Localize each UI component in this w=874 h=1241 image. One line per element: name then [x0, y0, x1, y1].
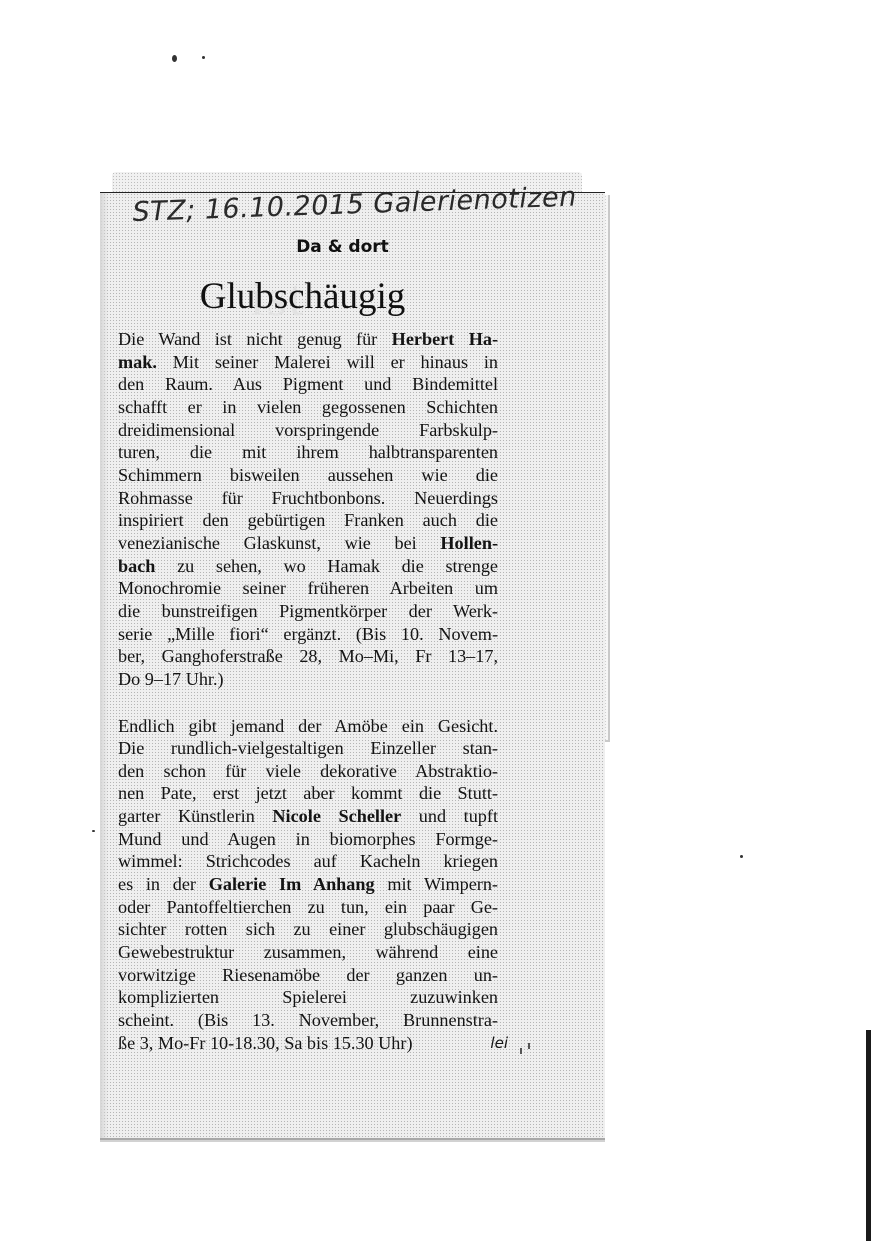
text-line: ße 3, Mo-Fr 10-18.30, Sa bis 15.30 Uhr)l…: [118, 1032, 498, 1055]
text-line: oder Pantoffeltierchen zu tun, ein paar …: [118, 896, 498, 919]
bold-name: mak.: [118, 352, 157, 372]
bold-name: Herbert Ha-: [392, 329, 498, 349]
bold-name: bach: [118, 556, 155, 576]
text-line: vorwitzige Riesenamöbe der ganzen un-: [118, 964, 498, 987]
scan-mark: [520, 1048, 522, 1054]
scan-mark: [528, 1043, 530, 1049]
text-line: den Raum. Aus Pigment und Bindemittel: [118, 373, 498, 396]
text-line: es in der Galerie Im Anhang mit Wimpern-: [118, 873, 498, 896]
scan-speck: [172, 55, 177, 62]
text-line: Mund und Augen in biomorphes Formge-: [118, 828, 498, 851]
text-line: mak. Mit seiner Malerei will er hinaus i…: [118, 351, 498, 374]
text-line: inspiriert den gebürtigen Franken auch d…: [118, 509, 498, 532]
text-line: garter Künstlerin Nicole Scheller und tu…: [118, 805, 498, 828]
text-line: den schon für viele dekorative Abstrakti…: [118, 760, 498, 783]
bold-name: Galerie Im Anhang: [209, 874, 375, 894]
bold-name: Hollen-: [440, 533, 498, 553]
article-headline: Glubschäugig: [100, 275, 505, 318]
text-line: Monochromie seiner früheren Arbeiten um: [118, 577, 498, 600]
text-line: Rohmasse für Fruchtbonbons. Neuerdings: [118, 487, 498, 510]
text-line: Endlich gibt jemand der Amöbe ein Gesich…: [118, 715, 498, 738]
text-line: komplizierten Spielerei zuzuwinken: [118, 986, 498, 1009]
scanner-edge-bar: [866, 1030, 871, 1241]
text-line: nen Pate, erst jetzt aber kommt die Stut…: [118, 782, 498, 805]
text-line: dreidimensional vorspringende Farbskulp-: [118, 419, 498, 442]
text-line: wimmel: Strichcodes auf Kacheln kriegen: [118, 850, 498, 873]
newspaper-clipping: STZ; 16.10.2015 Galerienotizen ist Da & …: [100, 192, 605, 1140]
bold-name: Nicole Scheller: [272, 806, 401, 826]
text-line: schafft er in vielen gegossenen Schichte…: [118, 396, 498, 419]
section-kicker: Da & dort: [100, 237, 505, 257]
text-line: turen, die mit ihrem halbtransparenten: [118, 441, 498, 464]
text-line: sichter rotten sich zu einer glubschäugi…: [118, 918, 498, 941]
text-line: die bunstreifigen Pigmentkörper der Werk…: [118, 600, 498, 623]
article-body: Die Wand ist nicht genug für Herbert Ha-…: [118, 328, 498, 1054]
author-initials: lei: [490, 1032, 508, 1055]
text-line: serie „Mille fiori“ ergänzt. (Bis 10. No…: [118, 623, 498, 646]
text-line: bach zu sehen, wo Hamak die strenge: [118, 555, 498, 578]
text-line: venezianische Glaskunst, wie bei Hollen-: [118, 532, 498, 555]
scan-speck: [202, 56, 205, 59]
text-line: ber, Ganghoferstraße 28, Mo–Mi, Fr 13–17…: [118, 645, 498, 668]
text-line: Die Wand ist nicht genug für Herbert Ha-: [118, 328, 498, 351]
text-line: Die rundlich-vielgestaltigen Einzeller s…: [118, 737, 498, 760]
scan-speck: [740, 855, 743, 858]
text-line: Do 9–17 Uhr.): [118, 668, 498, 691]
text-line: scheint. (Bis 13. November, Brunnenstra-: [118, 1009, 498, 1032]
scan-speck: [92, 830, 95, 832]
text-line: Gewebestruktur zusammen, während eine: [118, 941, 498, 964]
paragraph-scheller: Endlich gibt jemand der Amöbe ein Gesich…: [118, 715, 498, 1055]
text-line: Schimmern bisweilen aussehen wie die: [118, 464, 498, 487]
paragraph-hamak: Die Wand ist nicht genug für Herbert Ha-…: [118, 328, 498, 691]
clipping-edge-shadow: [100, 193, 108, 1138]
